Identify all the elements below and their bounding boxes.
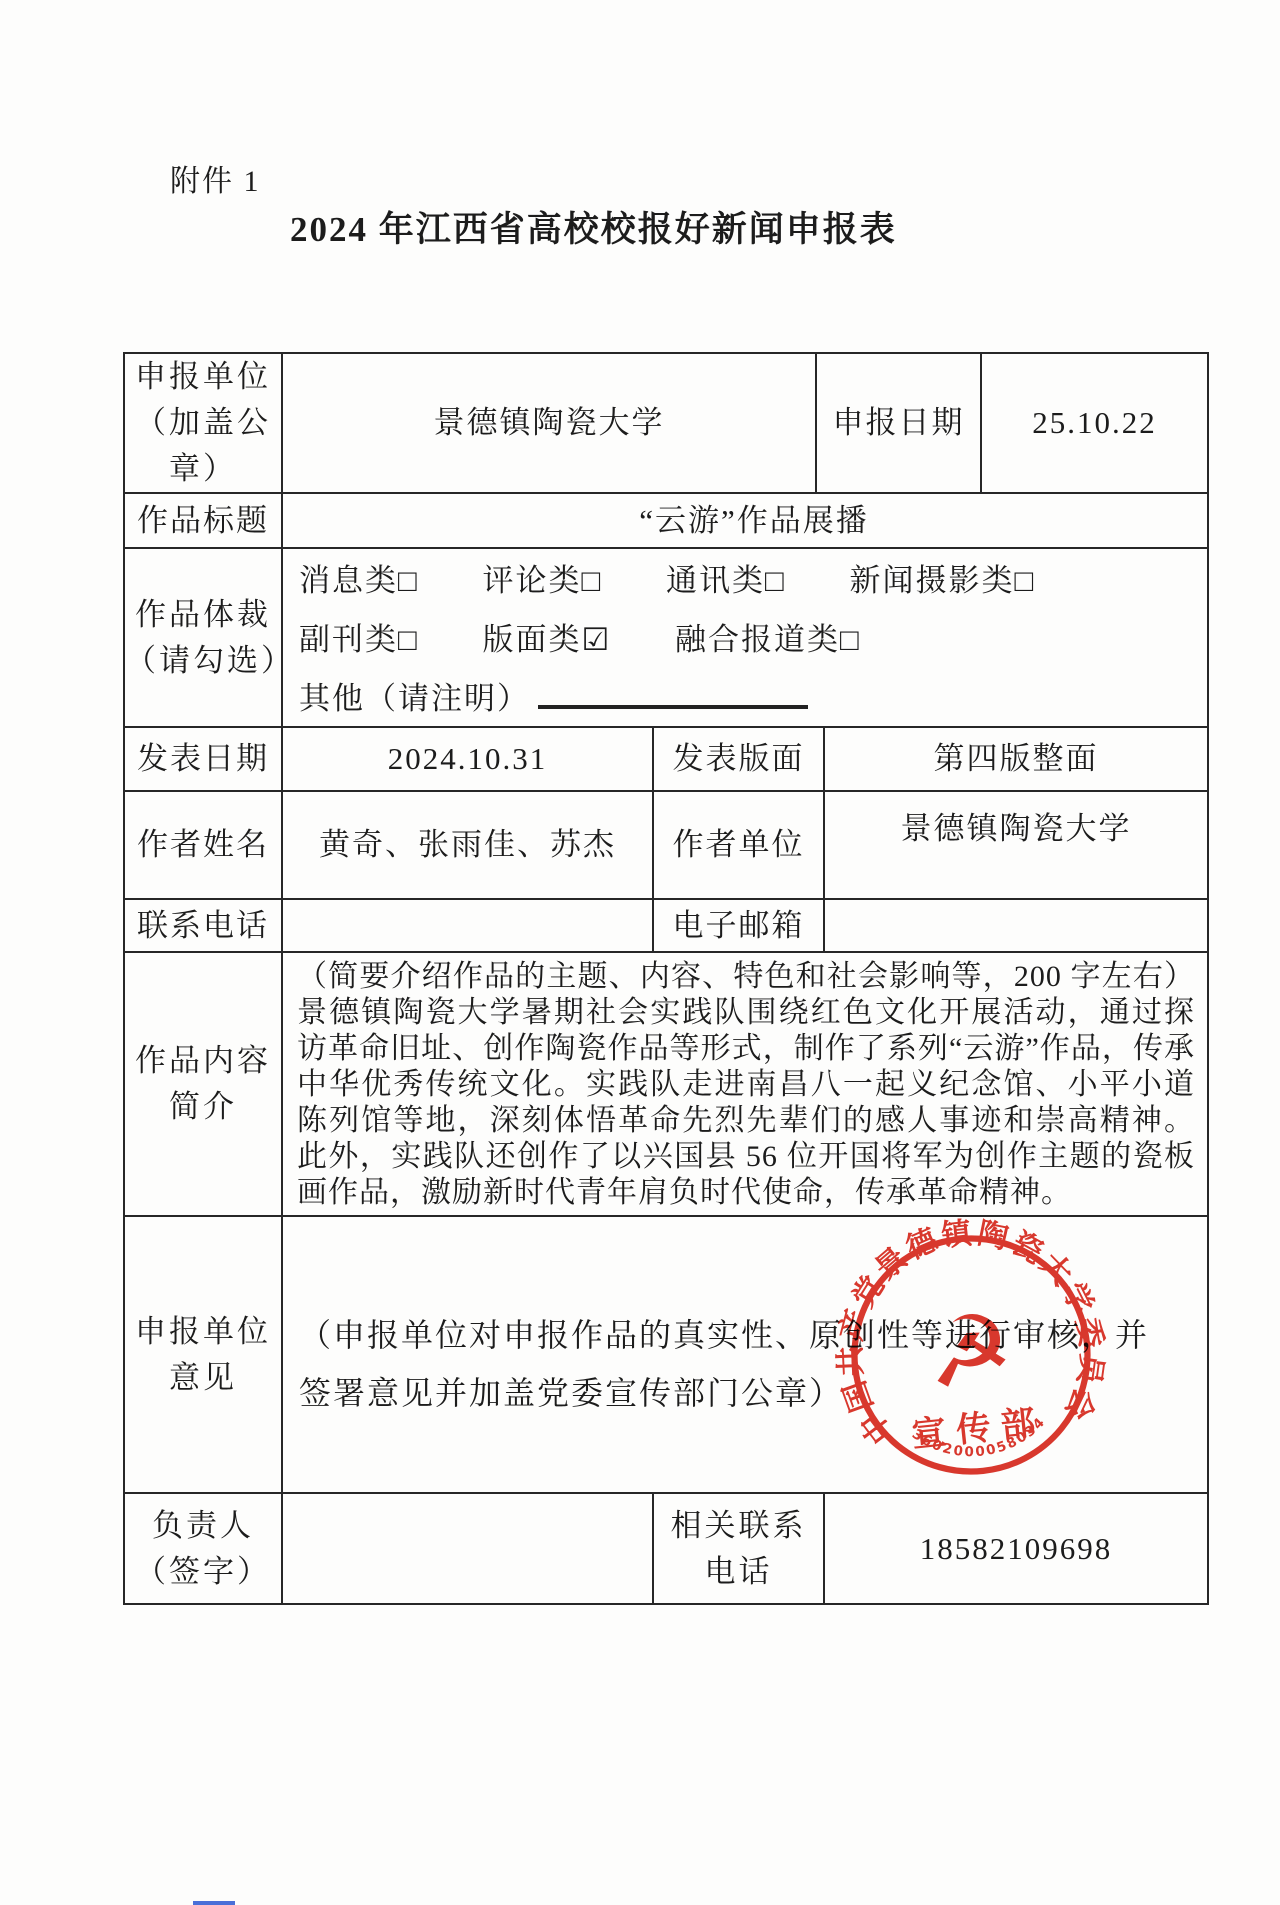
work-title-label: 作品标题 bbox=[124, 493, 282, 548]
email-value bbox=[824, 899, 1208, 952]
related-phone-value: 18582109698 bbox=[824, 1493, 1208, 1604]
work-genre-label-line2: （请勾选） bbox=[125, 638, 281, 684]
declaring-unit-value: 景德镇陶瓷大学 bbox=[282, 353, 816, 493]
genre-option-comment: 评论类□ bbox=[482, 563, 602, 598]
work-genre-options: 消息类□ 评论类□ 通讯类□ 新闻摄影类□ 副刊类□ 版面类☑ 融合报道类□ 其… bbox=[282, 548, 1208, 727]
attachment-label: 附件 1 bbox=[170, 156, 261, 200]
author-unit-label: 作者单位 bbox=[653, 791, 824, 899]
unit-opinion-cell: （申报单位对申报作品的真实性、原创性等进行审核，并签署意见并加盖党委宣传部门公章… bbox=[282, 1216, 1208, 1493]
work-intro-label-line2: 简介 bbox=[125, 1084, 281, 1130]
related-phone-label-line2: 电话 bbox=[654, 1549, 823, 1595]
declaring-unit-label-line1: 申报单位 bbox=[125, 354, 281, 400]
author-name-value: 黄奇、张雨佳、苏杰 bbox=[282, 791, 653, 899]
declaring-unit-label-line2: （加盖公章） bbox=[125, 400, 281, 492]
work-intro-label-line1: 作品内容 bbox=[125, 1038, 281, 1084]
unit-opinion-text: （申报单位对申报作品的真实性、原创性等进行审核，并签署意见并加盖党委宣传部门公章… bbox=[283, 1288, 1207, 1422]
application-date-label: 申报日期 bbox=[816, 353, 981, 493]
unit-opinion-label-line2: 意见 bbox=[125, 1355, 281, 1401]
responsible-person-signature bbox=[282, 1493, 653, 1604]
genre-other-label: 其他（请注明） bbox=[299, 681, 530, 716]
genre-other-line: 其他（请注明） bbox=[283, 667, 1207, 726]
application-form-table: 申报单位 （加盖公章） 景德镇陶瓷大学 申报日期 25.10.22 作品标题 “… bbox=[123, 352, 1209, 1605]
genre-option-supplement: 副刊类□ bbox=[299, 622, 419, 657]
genre-option-layout-checked: 版面类☑ bbox=[482, 622, 611, 657]
author-unit-value: 景德镇陶瓷大学 bbox=[824, 791, 1208, 899]
work-intro-text: （简要介绍作品的主题、内容、特色和社会影响等，200 字左右）景德镇陶瓷大学暑期… bbox=[283, 953, 1207, 1215]
declaring-unit-label: 申报单位 （加盖公章） bbox=[124, 353, 282, 493]
work-genre-label-line1: 作品体裁 bbox=[125, 592, 281, 638]
page-title: 2024 年江西省高校校报好新闻申报表 bbox=[290, 202, 897, 252]
publish-date-label: 发表日期 bbox=[124, 727, 282, 791]
publish-date-value: 2024.10.31 bbox=[282, 727, 653, 791]
genre-option-news: 消息类□ bbox=[299, 563, 419, 598]
unit-opinion-label-line1: 申报单位 bbox=[125, 1309, 281, 1355]
email-label: 电子邮箱 bbox=[653, 899, 824, 952]
scanned-form-page: 附件 1 2024 年江西省高校校报好新闻申报表 申报单位 （加盖公章） 景德镇… bbox=[0, 0, 1280, 1905]
related-phone-label-line1: 相关联系 bbox=[654, 1503, 823, 1549]
related-phone-label: 相关联系 电话 bbox=[653, 1493, 824, 1604]
genre-other-underline bbox=[538, 695, 808, 709]
genre-option-photography: 新闻摄影类□ bbox=[849, 563, 1035, 598]
contact-phone-label: 联系电话 bbox=[124, 899, 282, 952]
genre-option-communication: 通讯类□ bbox=[666, 563, 786, 598]
unit-opinion-label: 申报单位 意见 bbox=[124, 1216, 282, 1493]
work-intro-label: 作品内容 简介 bbox=[124, 952, 282, 1216]
author-name-label: 作者姓名 bbox=[124, 791, 282, 899]
contact-phone-value bbox=[282, 899, 653, 952]
work-intro-cell: （简要介绍作品的主题、内容、特色和社会影响等，200 字左右）景德镇陶瓷大学暑期… bbox=[282, 952, 1208, 1216]
work-title-value: “云游”作品展播 bbox=[282, 493, 1208, 548]
publish-page-value: 第四版整面 bbox=[824, 727, 1208, 791]
publish-page-label: 发表版面 bbox=[653, 727, 824, 791]
scan-artifact bbox=[193, 1901, 235, 1905]
responsible-person-label-line2: （签字） bbox=[125, 1549, 281, 1595]
genre-option-integrated: 融合报道类□ bbox=[675, 622, 861, 657]
genre-options-line2: 副刊类□ 版面类☑ 融合报道类□ bbox=[283, 608, 1207, 667]
responsible-person-label-line1: 负责人 bbox=[125, 1503, 281, 1549]
responsible-person-label: 负责人 （签字） bbox=[124, 1493, 282, 1604]
application-date-value: 25.10.22 bbox=[981, 353, 1208, 493]
work-genre-label: 作品体裁 （请勾选） bbox=[124, 548, 282, 727]
genre-options-line1: 消息类□ 评论类□ 通讯类□ 新闻摄影类□ bbox=[283, 549, 1207, 608]
